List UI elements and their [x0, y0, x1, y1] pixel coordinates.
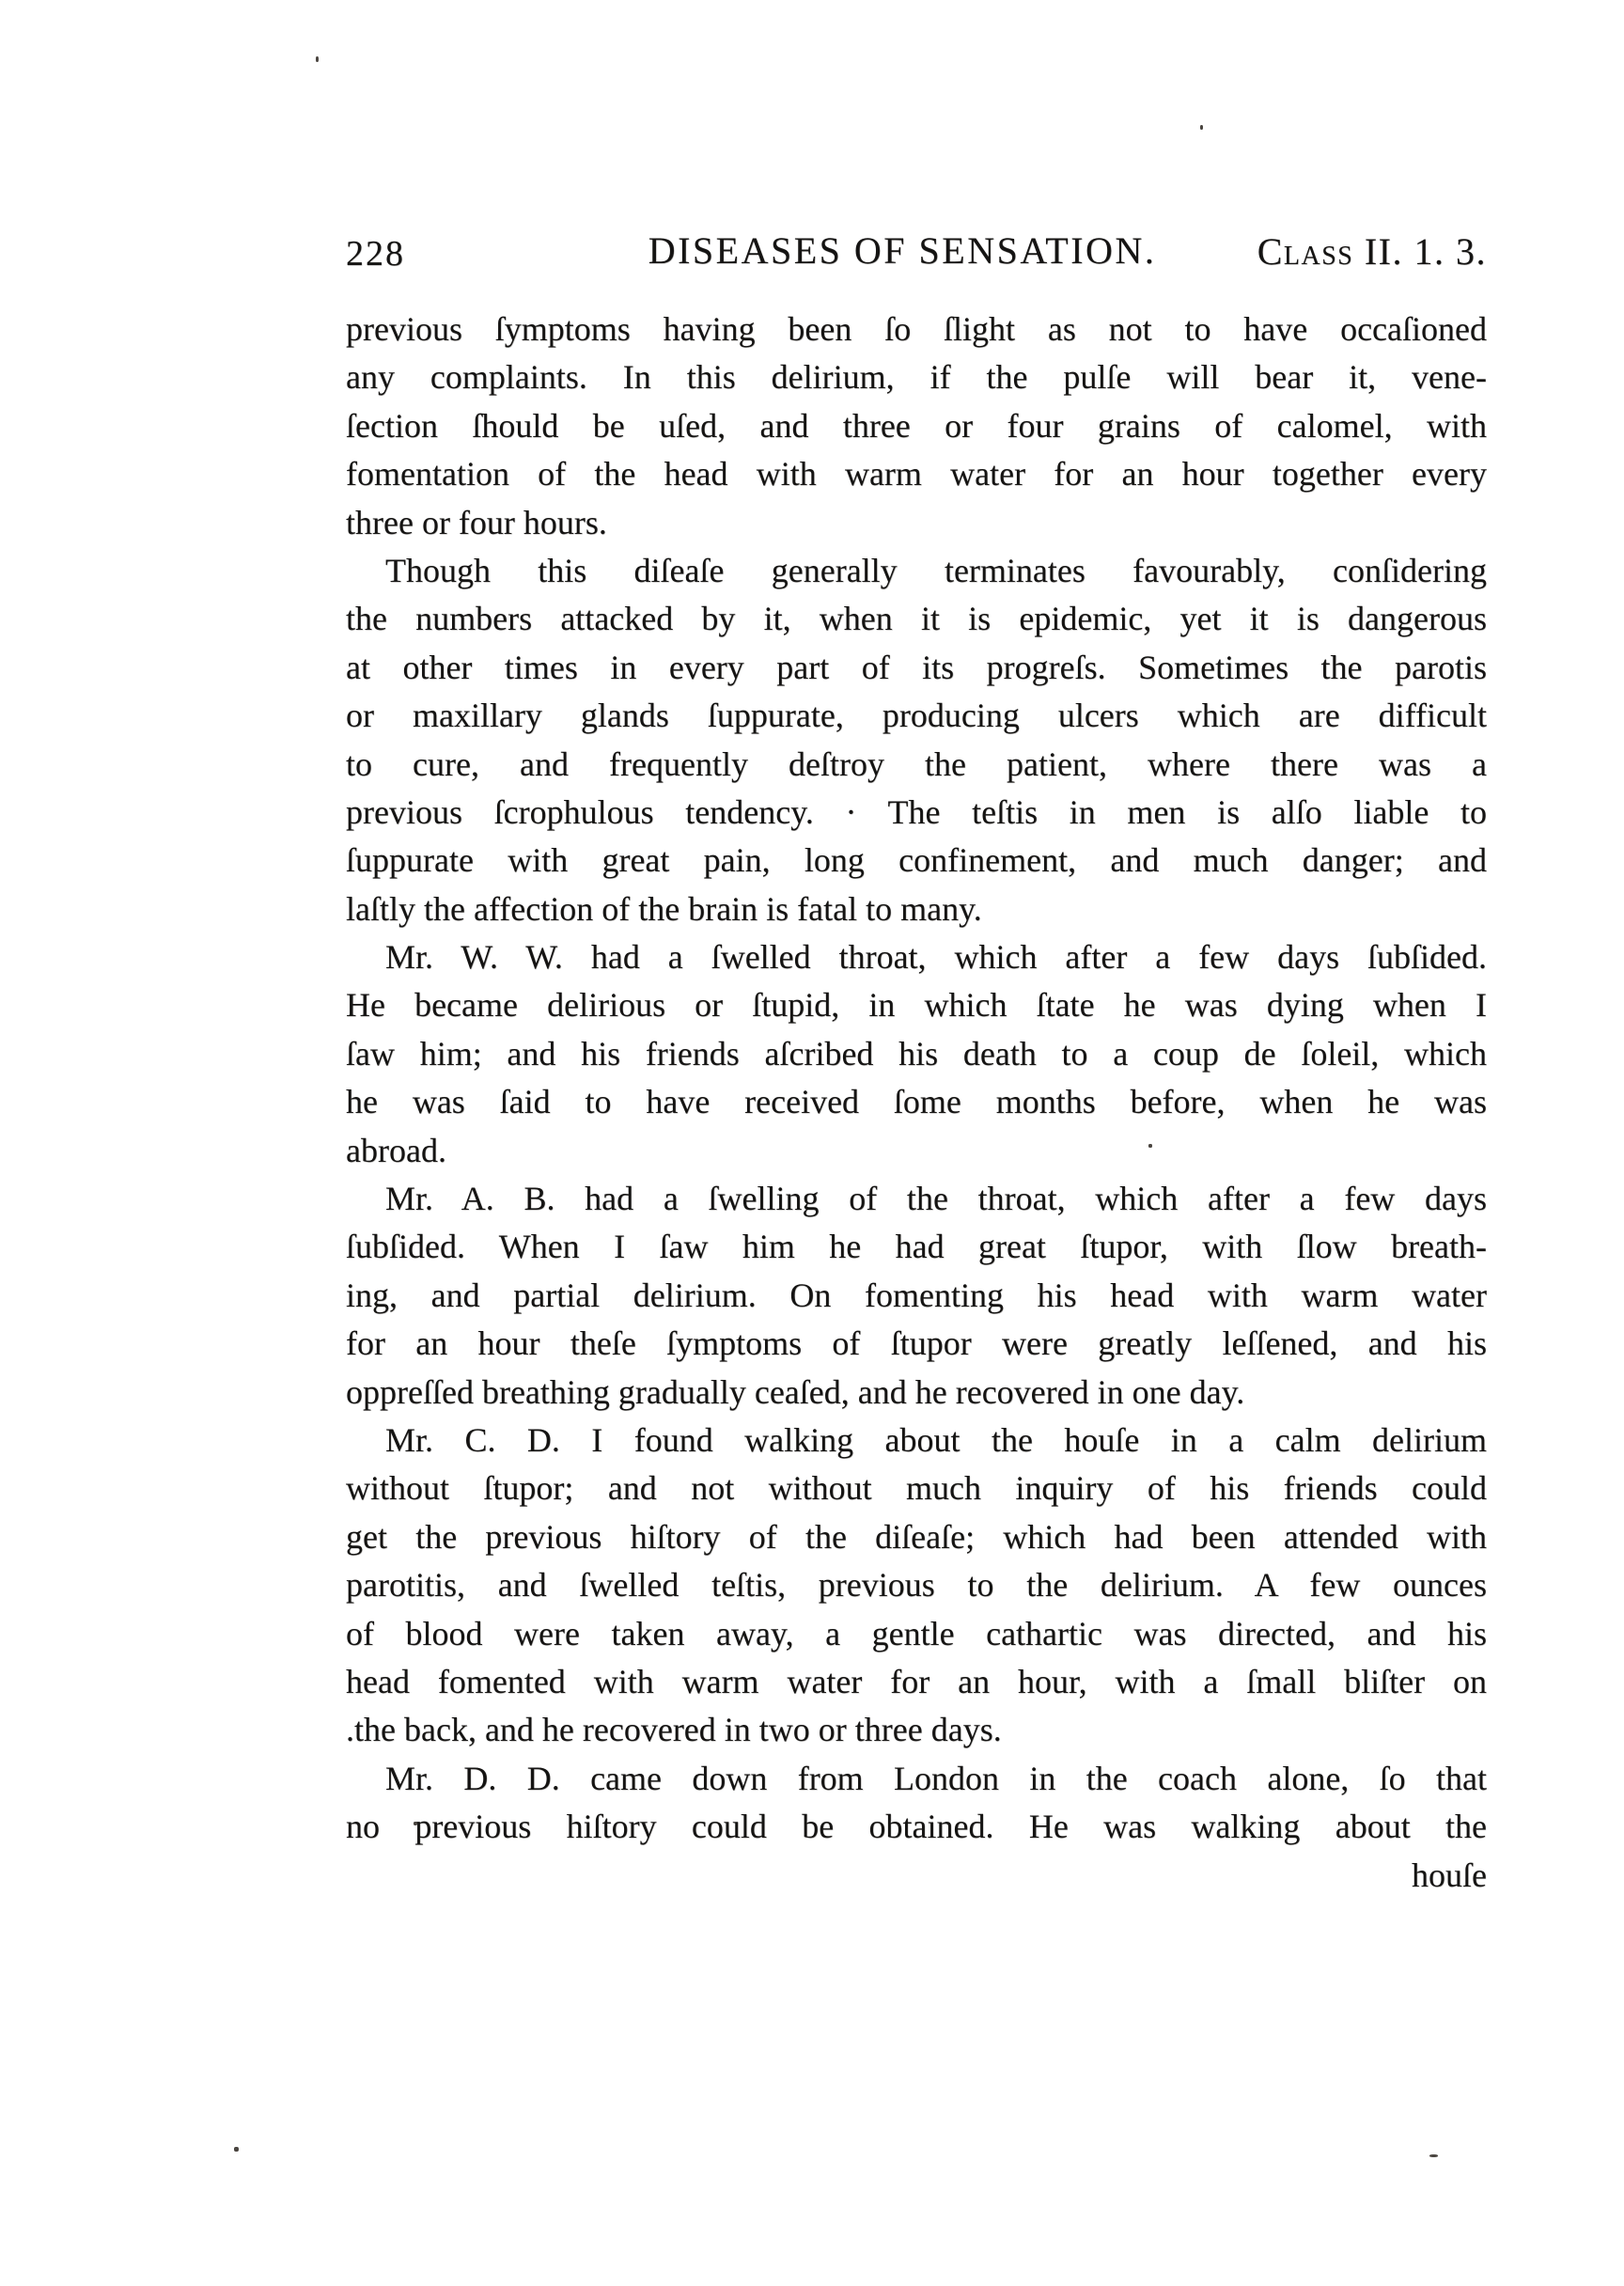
text-line: the numbers attacked by it, when it is e…	[346, 595, 1487, 643]
ink-speck	[316, 56, 319, 62]
text-line: previous ſcrophulous tendency. · The teſ…	[346, 789, 1487, 837]
ink-speck	[234, 2147, 239, 2152]
text-line: for an hour theſe ſymptoms of ſtupor wer…	[346, 1320, 1487, 1368]
page-header: 228 DISEASES OF SENSATION. Class II. 1. …	[346, 232, 1487, 289]
text-line: of blood were taken away, a gentle catha…	[346, 1610, 1487, 1658]
text-line: three or four hours.	[346, 499, 1487, 547]
body-text: previous ſymptoms having been ſo ſlight …	[346, 305, 1487, 1900]
text-line: ſaw him; and his friends aſcribed his de…	[346, 1030, 1487, 1078]
catchword: houſe	[346, 1852, 1487, 1900]
book-page-scan: 228 DISEASES OF SENSATION. Class II. 1. …	[0, 0, 1624, 2286]
page-number: 228	[346, 235, 405, 273]
text-line: ing, and partial delirium. On fomenting …	[346, 1272, 1487, 1320]
ink-speck	[1148, 1144, 1152, 1148]
ink-speck	[414, 1822, 417, 1825]
text-line: head fomented with warm water for an hou…	[346, 1658, 1487, 1706]
text-line: laſtly the affection of the brain is fat…	[346, 885, 1487, 933]
text-line: get the previous hiſtory of the diſeaſe;…	[346, 1513, 1487, 1561]
text-line: any complaints. In this delirium, if the…	[346, 353, 1487, 401]
running-title: DISEASES OF SENSATION.	[648, 232, 1157, 270]
text-line: oppreſſed breathing gradually ceaſed, an…	[346, 1369, 1487, 1417]
text-line: he was ſaid to have received ſome months…	[346, 1078, 1487, 1126]
text-line: Mr. W. W. had a ſwelled throat, which af…	[346, 933, 1487, 981]
section-label: Class II. 1. 3.	[1257, 233, 1487, 271]
text-line: fomentation of the head with warm water …	[346, 450, 1487, 498]
text-line: abroad.	[346, 1127, 1487, 1175]
text-line: Mr. C. D. I found walking about the houſ…	[346, 1417, 1487, 1464]
text-line: at other times in every part of its prog…	[346, 644, 1487, 692]
text-line: previous ſymptoms having been ſo ſlight …	[346, 305, 1487, 353]
ink-speck	[1200, 125, 1203, 130]
text-line: no previous hiſtory could be obtained. H…	[346, 1803, 1487, 1851]
text-line: or maxillary glands ſuppurate, producing…	[346, 692, 1487, 740]
ink-speck	[1429, 2154, 1438, 2157]
text-lines-container: previous ſymptoms having been ſo ſlight …	[346, 305, 1487, 1852]
text-line: Mr. D. D. came down from London in the c…	[346, 1755, 1487, 1803]
text-line: ſuppurate with great pain, long confinem…	[346, 837, 1487, 885]
text-line: .the back, and he recovered in two or th…	[346, 1706, 1487, 1754]
text-line: Mr. A. B. had a ſwelling of the throat, …	[346, 1175, 1487, 1223]
text-line: parotitis, and ſwelled teſtis, previous …	[346, 1561, 1487, 1609]
text-line: to cure, and frequently deſtroy the pati…	[346, 741, 1487, 789]
text-line: Though this diſeaſe generally terminates…	[346, 547, 1487, 595]
text-line: ſection ſhould be uſed, and three or fou…	[346, 402, 1487, 450]
text-line: without ſtupor; and not without much inq…	[346, 1464, 1487, 1512]
text-line: ſubſided. When I ſaw him he had great ſt…	[346, 1223, 1487, 1271]
text-line: He became delirious or ſtupid, in which …	[346, 981, 1487, 1029]
